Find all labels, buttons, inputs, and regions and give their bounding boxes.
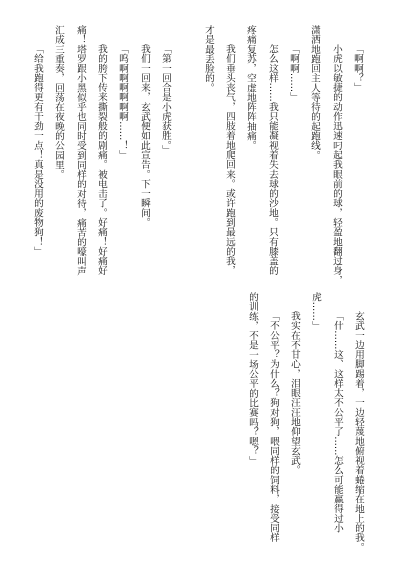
text-column: 小虎以敏捷的动作迅速叼起我眼前的球，轻盈地翻过身， [330,25,342,280]
text-column: 疼痛复苏，空虚地阵阵抽痛。 [244,25,256,280]
text-column: 「啊啊？」 [351,25,363,280]
book-page: 「啊啊？」 小虎以敏捷的动作迅速叼起我眼前的球，轻盈地翻过身， 潇洒地跑回主人等… [0,0,400,566]
text-column: 「什……这、这样太不公平了……怎么可能赢得过小 [331,292,343,547]
text-column: 「呜啊啊啊啊啊啊……！」 [116,25,128,280]
text-column: 玄武一边用脚踢着，一边轻蔑地俯视着蜷缩在地上的我。 [352,292,364,547]
text-column: 才是最丢脸的。 [202,25,214,280]
text-column: 「第一回合是小虎获胜。」 [159,25,171,280]
text-column: 潇洒地跑回主人等待的起跑线。 [308,25,320,280]
text-column: 「不公平？为什么？狗对狗，喂同样的饲料，接受同样 [267,292,279,547]
bottom-tier: 玄武一边用脚踢着，一边轻蔑地俯视着蜷缩在地上的我。 「什……这、这样太不公平了…… [0,292,400,548]
text-column: 怎么这样……我只能凝视着失去球的沙地。只有膝盖的 [266,25,278,280]
text-column: 汇成三重奏，回荡在夜晚的公园里。 [52,25,64,280]
text-column: 的训练，不是一场公平的比赛吗？嗯？」 [246,292,258,547]
text-column: 我实在不甘心，泪眼汪汪地仰望玄武。 [288,292,300,547]
text-column: 我们垂头丧气，四肢着地爬回来。或许跑到最远的我， [223,25,235,280]
text-column: 我的胯下传来撕裂般的剧痛。被电击了。好痛！好痛好 [95,25,107,280]
top-tier: 「啊啊？」 小虎以敏捷的动作迅速叼起我眼前的球，轻盈地翻过身， 潇洒地跑回主人等… [0,25,400,280]
text-column: 「给我跑得更有干劲一点！真是没用的废物狗！」 [31,25,43,280]
text-column: 痛！塔罗跟小黑似乎也同时受到同样的对待，痛苦的嚎叫声 [74,25,86,280]
text-column: 我们一回来，玄武便如此宣告。下一瞬间。 [138,25,150,280]
text-column: 虎……」 [309,292,321,547]
text-column: 「啊啊……」 [287,25,299,280]
